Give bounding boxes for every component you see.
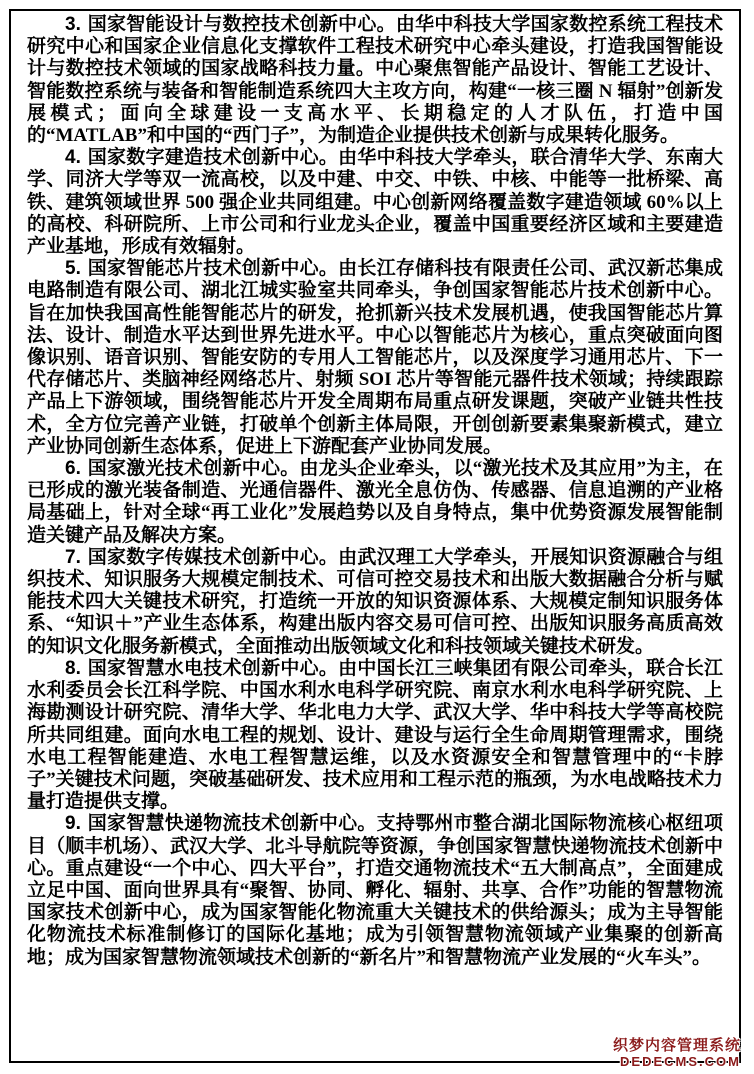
paragraph-heading: 9.国家智慧快递物流技术创新中心。 xyxy=(65,813,377,834)
paragraph: 6.国家激光技术创新中心。由龙头企业牵头，以“激光技术及其应用”为主，在已形成的… xyxy=(27,458,723,547)
paragraph-number: 7. xyxy=(65,547,81,568)
paragraph-text: 支持鄂州市整合湖北国际物流核心枢纽项目（顺丰机场）、武汉大学、北斗导航院等资源，… xyxy=(27,813,723,967)
paragraph-heading: 7.国家数字传媒技术创新中心。 xyxy=(65,547,338,568)
paragraph-title: 国家智能设计与数控技术创新中心。 xyxy=(88,14,396,35)
paragraph-text: 由长江存储科技有限责任公司、武汉新芯集成电路制造有限公司、湖北江城实验室共同牵头… xyxy=(27,258,723,457)
paragraph-text: 由中国长江三峡集团有限公司牵头，联合长江水利委员会长江科学院、中国水利水电科学研… xyxy=(27,658,723,812)
paragraph-number: 8. xyxy=(65,658,81,679)
page-border: 3.国家智能设计与数控技术创新中心。由华中科技大学国家数控系统工程技术研究中心和… xyxy=(9,9,741,1063)
paragraph-heading: 4.国家数字建造技术创新中心。 xyxy=(65,147,338,168)
paragraph-number: 4. xyxy=(65,147,81,168)
paragraph: 4.国家数字建造技术创新中心。由华中科技大学牵头，联合清华大学、东南大学、同济大… xyxy=(27,147,723,258)
paragraph: 8.国家智慧水电技术创新中心。由中国长江三峡集团有限公司牵头，联合长江水利委员会… xyxy=(27,658,723,813)
paragraph-title: 国家数字传媒技术创新中心。 xyxy=(88,547,339,568)
paragraph: 3.国家智能设计与数控技术创新中心。由华中科技大学国家数控系统工程技术研究中心和… xyxy=(27,14,723,147)
paragraph-title: 国家智慧水电技术创新中心。 xyxy=(88,658,339,679)
paragraph-number: 5. xyxy=(65,258,81,279)
paragraph-number: 9. xyxy=(65,813,81,834)
paragraph-heading: 6.国家激光技术创新中心。 xyxy=(65,458,300,479)
paragraph-heading: 5.国家智能芯片技术创新中心。 xyxy=(65,258,338,279)
paragraph-title: 国家智慧快递物流技术创新中心。 xyxy=(88,813,377,834)
paragraph-title: 国家数字建造技术创新中心。 xyxy=(88,147,339,168)
paragraph-heading: 8.国家智慧水电技术创新中心。 xyxy=(65,658,338,679)
watermark-text-cn: 织梦内容管理系统 xyxy=(613,1038,741,1054)
paragraph-heading: 3.国家智能设计与数控技术创新中心。 xyxy=(65,14,396,35)
paragraph: 9.国家智慧快递物流技术创新中心。支持鄂州市整合湖北国际物流核心枢纽项目（顺丰机… xyxy=(27,813,723,968)
watermark: 织梦内容管理系统 DEDECMS.COM xyxy=(613,1038,741,1069)
paragraph: 7.国家数字传媒技术创新中心。由武汉理工大学牵头，开展知识资源融合与组织技术、知… xyxy=(27,547,723,658)
watermark-text-en: DEDECMS.COM xyxy=(613,1054,741,1069)
paragraph: 5.国家智能芯片技术创新中心。由长江存储科技有限责任公司、武汉新芯集成电路制造有… xyxy=(27,258,723,458)
paragraph-title: 国家激光技术创新中心。 xyxy=(88,458,300,479)
paragraph-title: 国家智能芯片技术创新中心。 xyxy=(88,258,339,279)
paragraph-number: 3. xyxy=(65,14,81,35)
paragraph-number: 6. xyxy=(65,458,81,479)
document-body: 3.国家智能设计与数控技术创新中心。由华中科技大学国家数控系统工程技术研究中心和… xyxy=(27,14,723,969)
